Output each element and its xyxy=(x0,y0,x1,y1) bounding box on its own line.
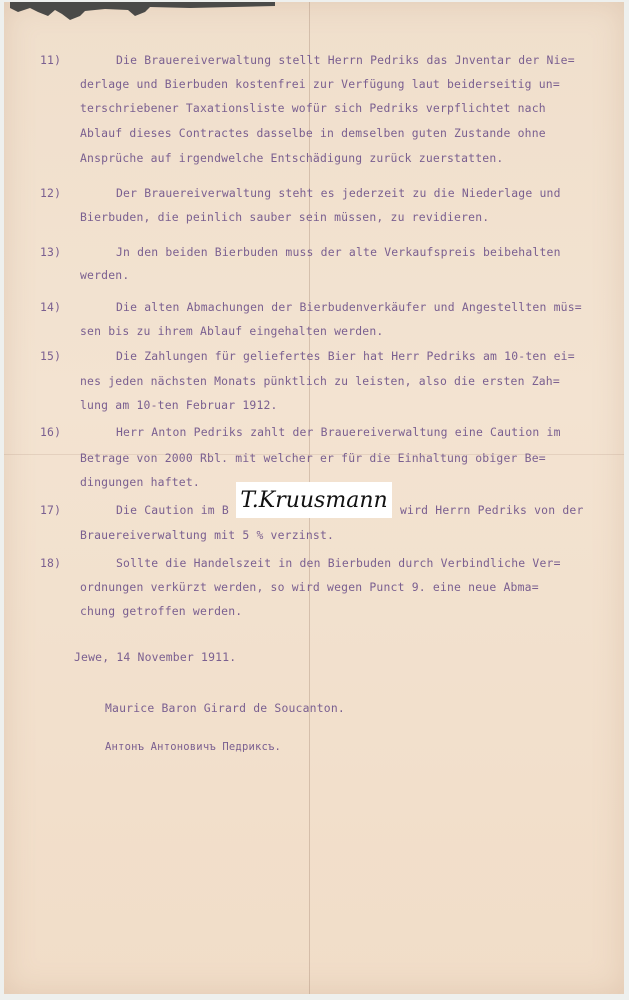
clause-line: Die Zahlungen für geliefertes Bier hat H… xyxy=(116,349,575,363)
clause-line: wird Herrn Pedriks von der xyxy=(400,503,584,517)
clause-line: Die Brauereiverwaltung stellt Herrn Pedr… xyxy=(116,53,575,67)
clause-line: lung am 10-ten Februar 1912. xyxy=(80,398,278,412)
clause-line: sen bis zu ihrem Ablauf eingehalten werd… xyxy=(80,324,383,338)
clause-line: Betrage von 2000 Rbl. mit welcher er für… xyxy=(80,451,546,465)
burn-stain xyxy=(10,2,275,24)
clause-line: Der Brauereiverwaltung steht es jederzei… xyxy=(116,186,561,200)
clause-line: Bierbuden, die peinlich sauber sein müss… xyxy=(80,210,489,224)
watermark-label: T.Kruusmann xyxy=(236,482,392,518)
signature-line: Антонъ Антоновичъ Педриксъ. xyxy=(105,741,281,753)
clause-number: 18) xyxy=(40,556,61,570)
clause-line: chung getroffen werden. xyxy=(80,604,242,618)
clause-number: 12) xyxy=(40,186,61,200)
date-line: Jewe, 14 November 1911. xyxy=(74,650,236,664)
clause-line: Sollte die Handelszeit in den Bierbuden … xyxy=(116,556,561,570)
clause-number: 14) xyxy=(40,300,61,314)
clause-line: Brauereiverwaltung mit 5 % verzinst. xyxy=(80,528,334,542)
clause-line: ordnungen verkürzt werden, so wird wegen… xyxy=(80,580,539,594)
clause-line: nes jeden nächsten Monats pünktlich zu l… xyxy=(80,374,560,388)
clause-line: dingungen haftet. xyxy=(80,475,200,489)
signature-line: Maurice Baron Girard de Soucanton. xyxy=(105,701,345,715)
clause-line: Ablauf dieses Contractes dasselbe in dem… xyxy=(80,126,546,140)
clause-number: 15) xyxy=(40,349,61,363)
clause-line: Jn den beiden Bierbuden muss der alte Ve… xyxy=(116,245,561,259)
clause-number: 16) xyxy=(40,425,61,439)
clause-line: Herr Anton Pedriks zahlt der Brauereiver… xyxy=(116,425,561,439)
clause-number: 13) xyxy=(40,245,61,259)
clause-line: derlage und Bierbuden kostenfrei zur Ver… xyxy=(80,77,560,91)
clause-line: Ansprüche auf irgendwelche Entschädigung… xyxy=(80,151,503,165)
clause-number: 17) xyxy=(40,503,61,517)
clause-line: Die Caution im B xyxy=(116,503,229,517)
clause-number: 11) xyxy=(40,53,61,67)
clause-line: werden. xyxy=(80,268,129,282)
clause-line: terschriebener Taxationsliste wofür sich… xyxy=(80,101,546,115)
clause-line: Die alten Abmachungen der Bierbudenverkä… xyxy=(116,300,582,314)
